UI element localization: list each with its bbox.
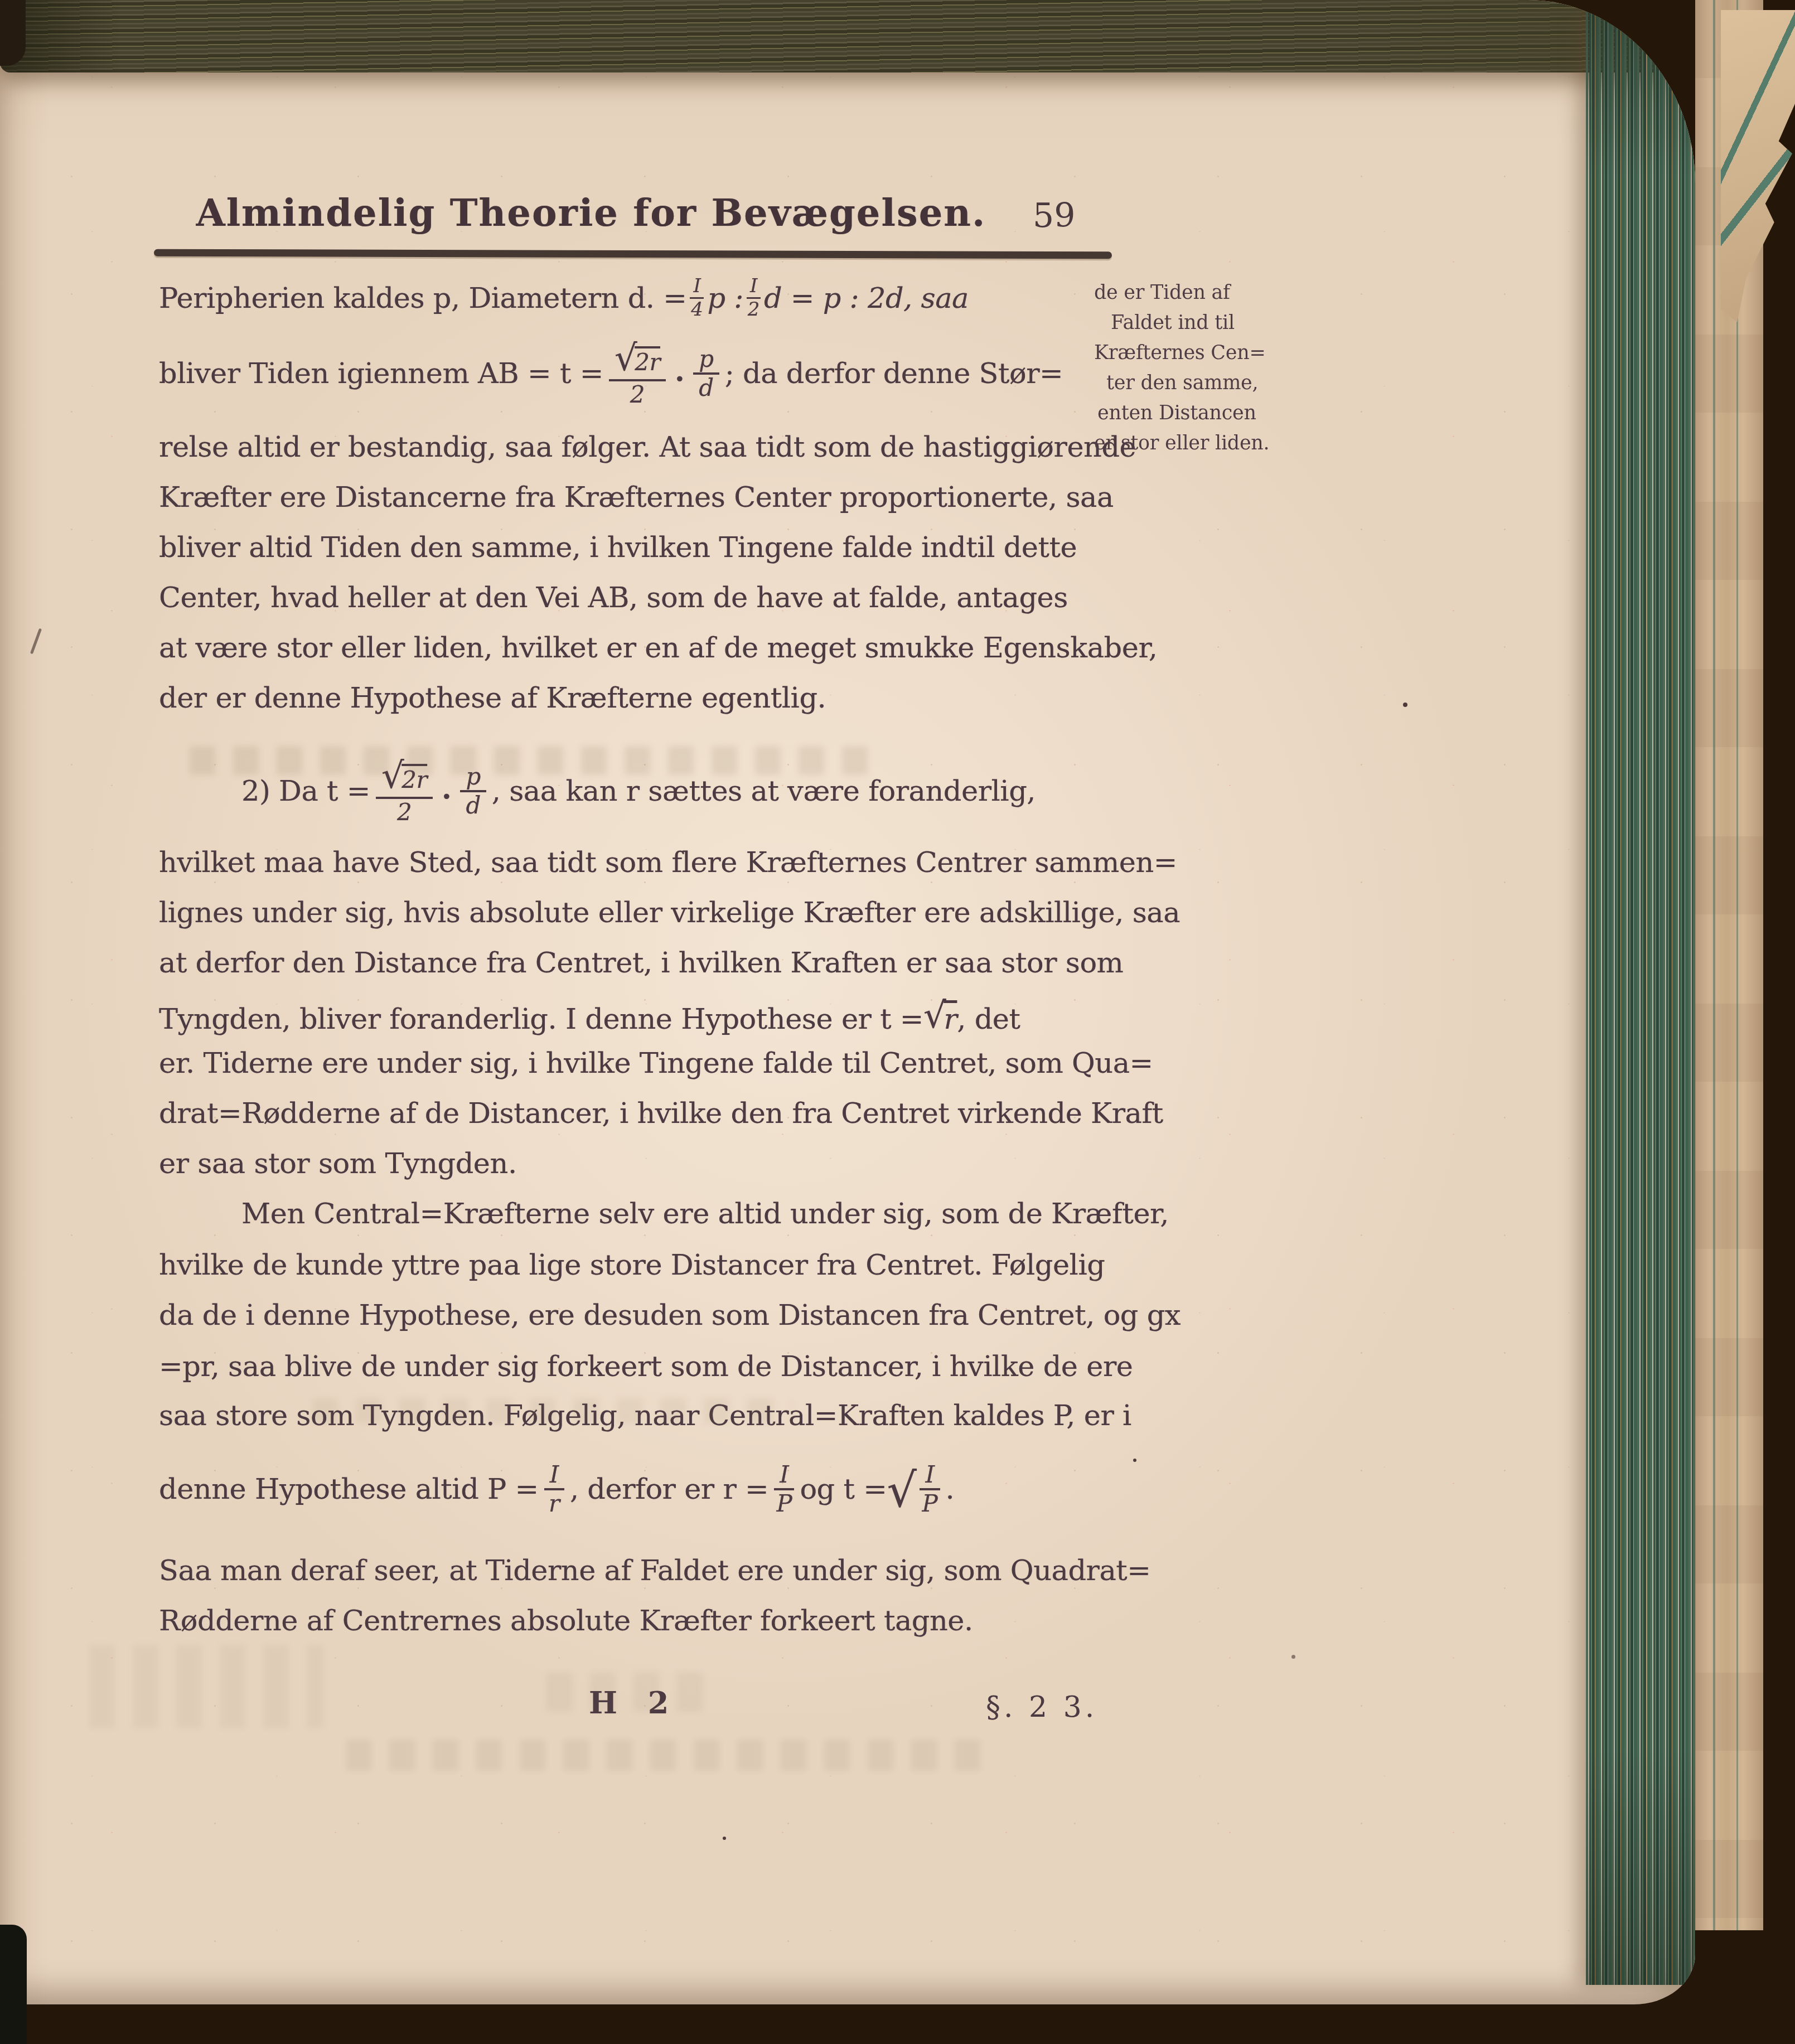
fraction: I P [920,1462,940,1516]
page-paper: Almindelig Theorie for Bevægelsen. 59 Pe… [0,0,1695,2004]
body-line: at derfor den Distance fra Centret, i hv… [159,947,1123,980]
ink-speck [1403,703,1407,707]
body-text: , det [957,1003,1020,1036]
body-line: relse altid er bestandig, saa følger. At… [159,431,1136,464]
body-line: Center, hvad heller at den Vei AB, som d… [159,582,1068,614]
showthrough-smudge [89,1645,323,1728]
showthrough-smudge [312,1398,792,1423]
radical-sign: √ [615,338,637,379]
fraction-denominator: P [922,1490,938,1516]
margin-note-line: er stor eller liden. [1094,428,1289,458]
fraction-denominator: d [466,792,480,818]
showthrough-smudge [190,746,881,775]
fraction-denominator: P [776,1490,792,1516]
body-line: bliver altid Tiden den samme, i hvilken … [159,531,1077,564]
running-header-title: Almindelig Theorie for Bevægelsen. [156,191,1026,235]
body-text: Tyngden, bliver foranderlig. I denne Hyp… [159,1003,923,1036]
margin-note-line: de er Tiden af [1094,278,1289,308]
body-line: er. Tiderne ere under sig, i hvilke Ting… [159,1047,1153,1080]
body-text: bliver Tiden igiennem AB = t = [159,357,603,390]
showthrough-smudge [546,1673,714,1712]
margin-note: de er Tiden af Faldet ind til Kræfternes… [1094,278,1289,458]
multiplication-dot: · [442,780,451,813]
body-line: drat=Rødderne af de Distancer, i hvilke … [159,1097,1163,1130]
fraction-numerator: I [690,277,704,299]
body-text: 2) Da t = [241,775,370,808]
body-text: , derfor er r = [570,1473,768,1506]
radical-sign: √ [887,1463,916,1518]
body-line: Tyngden, bliver foranderlig. I denne Hyp… [159,992,1020,1046]
scanned-book-page: Almindelig Theorie for Bevægelsen. 59 Pe… [0,0,1795,2044]
fraction: √2r 2 [609,340,666,406]
body-line: =pr, saa blive de under sig forkeert som… [159,1350,1133,1383]
body-line: Peripherien kaldes p, Diametern d. = I 4… [159,274,969,322]
body-line: Kræfter ere Distancerne fra Kræfternes C… [159,481,1114,514]
multiplication-dot: · [675,362,684,396]
body-line: er saa stor som Tyngden. [159,1147,517,1180]
body-line: lignes under sig, hvis absolute eller vi… [159,897,1180,929]
body-text: ; da derfor denne Stør= [725,357,1063,390]
page-content: Almindelig Theorie for Bevægelsen. 59 Pe… [0,0,1695,2004]
fraction: I 2 [747,277,761,319]
fraction-denominator: d [699,375,713,400]
body-line: Saa man deraf seer, at Tiderne af Faldet… [159,1554,1151,1587]
body-text: p : [707,282,743,315]
body-line-formula: bliver Tiden igiennem AB = t = √2r 2 · p… [159,322,1063,425]
body-text: d = p : 2d, saa [764,282,969,315]
fraction: p d [693,347,719,400]
fraction-denominator: 2 [630,381,645,407]
pen-mark [30,628,42,655]
fraction-denominator: 2 [397,799,412,825]
margin-note-line: Faldet ind til [1094,308,1289,338]
fraction: I P [774,1462,794,1516]
body-text: denne Hypothese altid P = [159,1473,539,1506]
body-line: hvilke de kunde yttre paa lige store Dis… [159,1249,1105,1282]
ink-speck [723,1837,726,1840]
fraction-numerator: I [920,1462,940,1490]
body-line: da de i denne Hypothese, ere desuden som… [159,1299,1180,1332]
body-text: , saa kan r sættes at være foranderlig, [492,775,1036,808]
radical-sign: √ [923,995,946,1036]
margin-note-line: enten Distancen [1094,398,1289,428]
margin-note-line: Kræfternes Cen= [1094,338,1289,368]
body-line: Rødderne af Centrernes absolute Kræfter … [159,1605,973,1638]
header-rule [154,249,1112,259]
body-line: at være stor eller liden, hvilket er en … [159,632,1157,665]
fraction: I r [544,1462,564,1516]
body-text: . [946,1473,955,1506]
page-number: 59 [1033,196,1075,235]
showthrough-smudge [346,1740,987,1771]
fraction-numerator: I [774,1462,794,1490]
fraction-numerator: p [693,347,719,375]
ink-speck [1291,1655,1295,1659]
fraction-numerator: √2r [609,340,666,381]
radicand: 2r [635,348,660,376]
body-line: hvilket maa have Sted, saa tidt som fler… [159,846,1177,879]
section-catchword: §. 2 3. [986,1691,1097,1724]
body-line: der er denne Hypothese af Kræfterne egen… [159,682,826,715]
body-text: Peripherien kaldes p, Diametern d. = [159,282,686,315]
fraction-denominator: 4 [691,299,703,320]
fraction-denominator: r [549,1490,560,1516]
fraction-denominator: 2 [748,299,759,320]
fraction: I 4 [690,277,704,319]
margin-note-line: ter den samme, [1094,368,1289,398]
body-line-formula: denne Hypothese altid P = I r , derfor e… [159,1431,954,1548]
fraction-numerator: I [544,1462,564,1490]
body-line: Men Central=Kræfterne selv ere altid und… [159,1198,1169,1231]
ink-speck [1133,1459,1136,1462]
fraction-numerator: I [747,277,761,299]
body-text: og t = [800,1473,887,1506]
